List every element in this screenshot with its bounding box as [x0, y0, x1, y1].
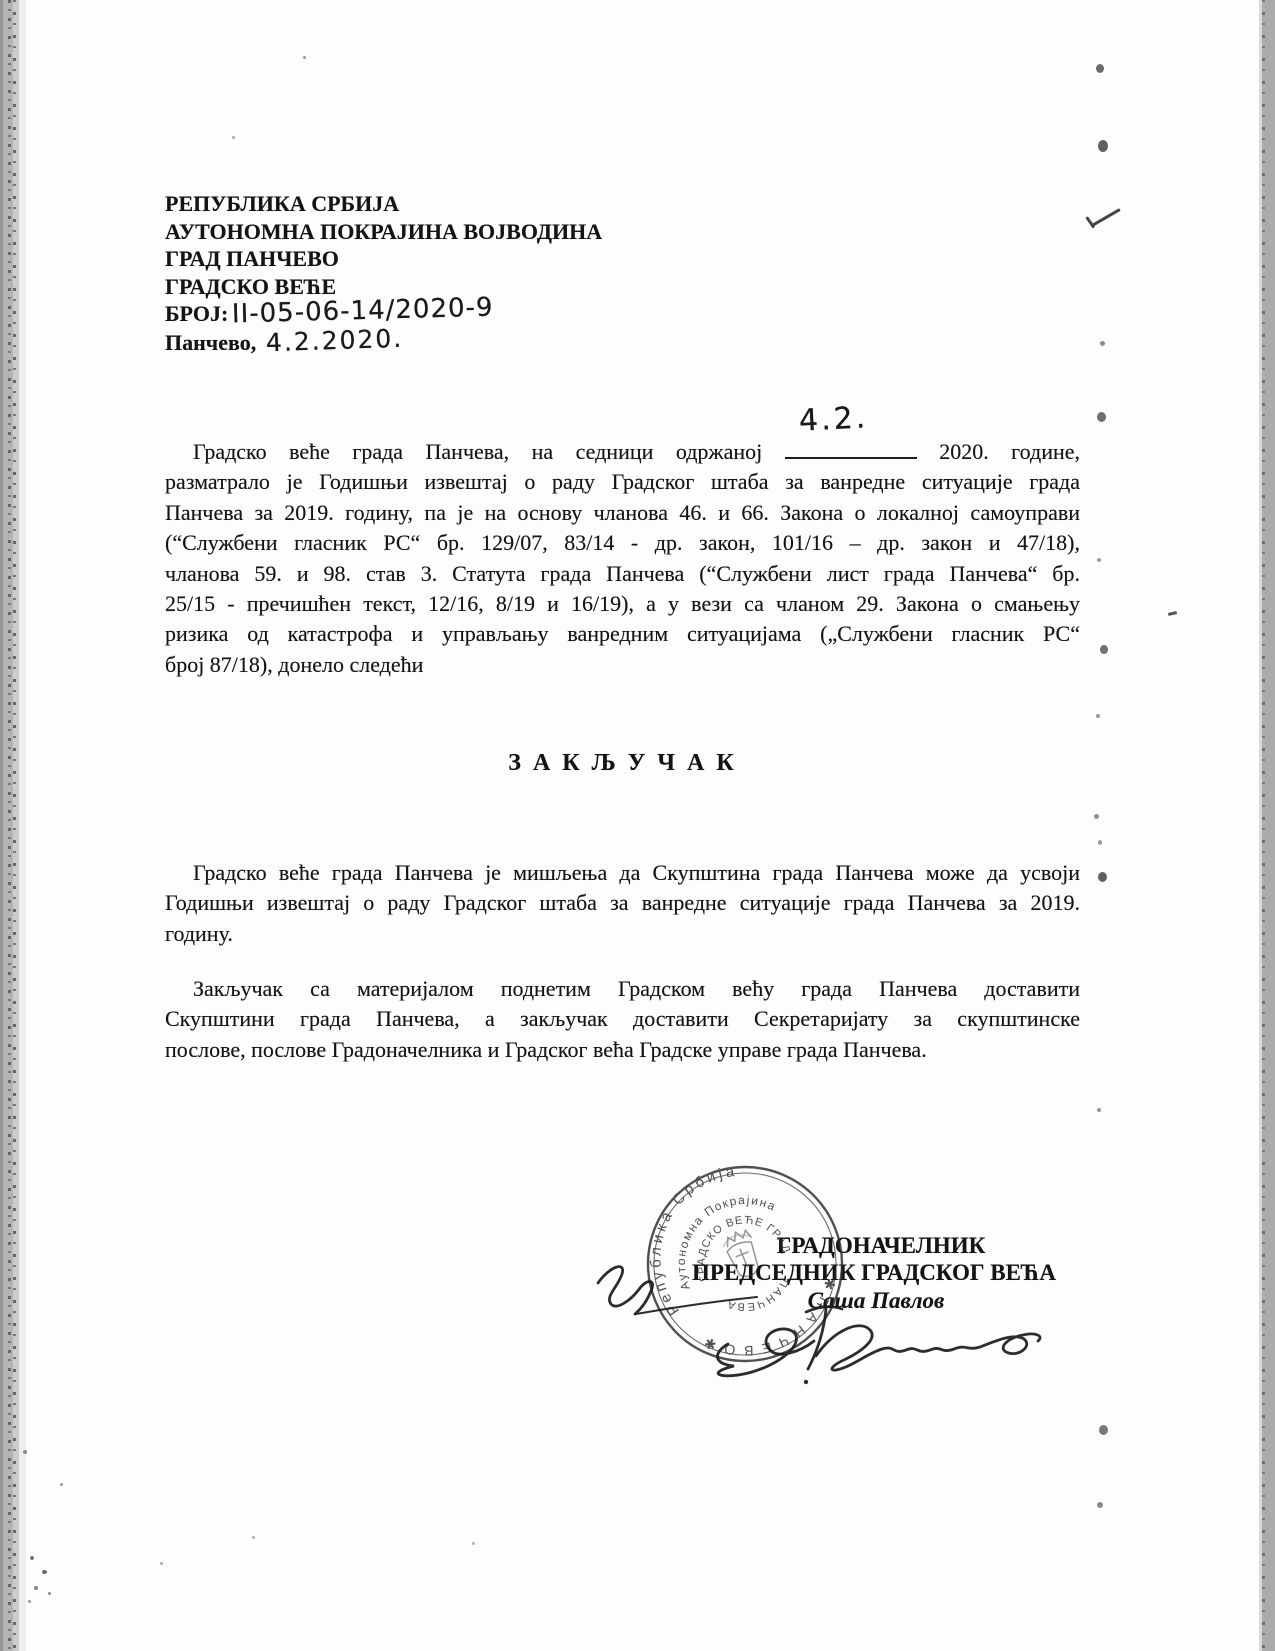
- scan-speck: [1097, 412, 1106, 422]
- scan-speck: [34, 1586, 38, 1590]
- document-date-handwritten: 4.2.2020.: [266, 324, 404, 356]
- scan-speck: [60, 1483, 63, 1486]
- scan-speck: [1098, 872, 1107, 882]
- body-line: број 87/18), донело следећи: [165, 650, 1080, 680]
- letterhead-province: АУТОНОМНА ПОКРАЈИНА ВОЈВОДИНА: [165, 218, 602, 246]
- scan-speck: [1100, 341, 1105, 346]
- place-label: Панчево,: [165, 330, 256, 355]
- scan-speck: [48, 1592, 51, 1595]
- scan-speck: [1096, 714, 1100, 718]
- scan-noise: [8, 0, 11, 1651]
- signature-flourish: [816, 1326, 1040, 1370]
- paragraph-intro: Градско веће града Панчева, на седници о…: [165, 437, 1080, 680]
- scan-mark: [1168, 611, 1177, 616]
- body-line: Скупштини града Панчева, а закључак дост…: [165, 1004, 1080, 1034]
- scan-edge-right: [1259, 0, 1275, 1651]
- scan-speck: [1094, 814, 1099, 819]
- document-number-handwritten: II-05-06-14/2020-9: [232, 295, 494, 329]
- scan-speck: [1097, 1108, 1101, 1112]
- scan-mark: [1092, 208, 1121, 226]
- body-line: Панчева за 2019. годину, па је на основу…: [165, 498, 1080, 528]
- scan-noise: [1262, 0, 1265, 1651]
- document-title: З А К Љ У Ч А К: [165, 750, 1080, 777]
- scan-speck: [1098, 140, 1108, 152]
- scan-speck: [1097, 1502, 1103, 1508]
- body-line: Закључак са материјалом поднетим Градско…: [165, 974, 1080, 1004]
- line1-text: Градско веће града Панчева, на седници о…: [193, 439, 762, 464]
- letterhead: РЕПУБЛИКА СРБИЈА АУТОНОМНА ПОКРАЈИНА ВОЈ…: [165, 190, 602, 356]
- scan-speck: [1097, 558, 1101, 562]
- scan-speck: [30, 1556, 34, 1560]
- body-line: разматрало је Годишњи извештај о раду Гр…: [165, 467, 1080, 497]
- scan-speck: [1098, 840, 1102, 845]
- scan-speck: [42, 1570, 47, 1574]
- scanned-document-page: РЕПУБЛИКА СРБИЈА АУТОНОМНА ПОКРАЈИНА ВОЈ…: [0, 0, 1275, 1651]
- scan-noise: [13, 0, 16, 1651]
- paragraph-delivery: Закључак са материјалом поднетим Градско…: [165, 974, 1080, 1065]
- scan-edge-left: [0, 0, 26, 1651]
- letterhead-country: РЕПУБЛИКА СРБИЈА: [165, 190, 602, 218]
- scan-speck: [1096, 64, 1104, 73]
- body-line: 25/15 - пречишћен текст, 12/16, 8/19 и 1…: [165, 589, 1080, 619]
- date-blank-underline: 4.2.: [785, 437, 917, 459]
- line1-text-after: 2020. године,: [939, 439, 1080, 464]
- letterhead-city: ГРАД ПАНЧЕВО: [165, 245, 602, 273]
- initial-scrawl: [598, 1267, 653, 1314]
- scan-speck: [252, 1536, 255, 1539]
- body-line: чланова 59. и 98. став 3. Статута града …: [165, 559, 1080, 589]
- place-date-line: Панчево,4.2.2020.: [165, 328, 602, 357]
- scan-speck: [160, 1562, 163, 1565]
- scan-speck: [28, 1600, 31, 1603]
- signature-loop: [717, 1329, 814, 1376]
- number-label: БРОЈ:: [165, 301, 228, 326]
- body-line: Градско веће града Панчева је мишљења да…: [165, 858, 1080, 888]
- body-line: (“Службени гласник РС“ бр. 129/07, 83/14…: [165, 528, 1080, 558]
- body-line: годину.: [165, 919, 1080, 949]
- scan-speck: [23, 1450, 27, 1454]
- scan-speck: [1100, 645, 1108, 654]
- scan-speck: [472, 1542, 475, 1545]
- scan-speck: [303, 56, 306, 59]
- scan-speck: [232, 136, 235, 139]
- session-date-handwritten: 4.2.: [798, 403, 869, 437]
- body-line: ризика од катастрофа и управљању ванредн…: [165, 619, 1080, 649]
- handwritten-signature: [540, 1230, 1100, 1410]
- body-line: послове, послове Градоначелника и Градск…: [165, 1035, 1080, 1065]
- paragraph-opinion: Градско веће града Панчева је мишљења да…: [165, 858, 1080, 949]
- body-line: Годишњи извештај о раду Градског штаба з…: [165, 888, 1080, 918]
- scan-speck: [1099, 1425, 1108, 1435]
- body-line: Градско веће града Панчева, на седници о…: [165, 437, 1080, 467]
